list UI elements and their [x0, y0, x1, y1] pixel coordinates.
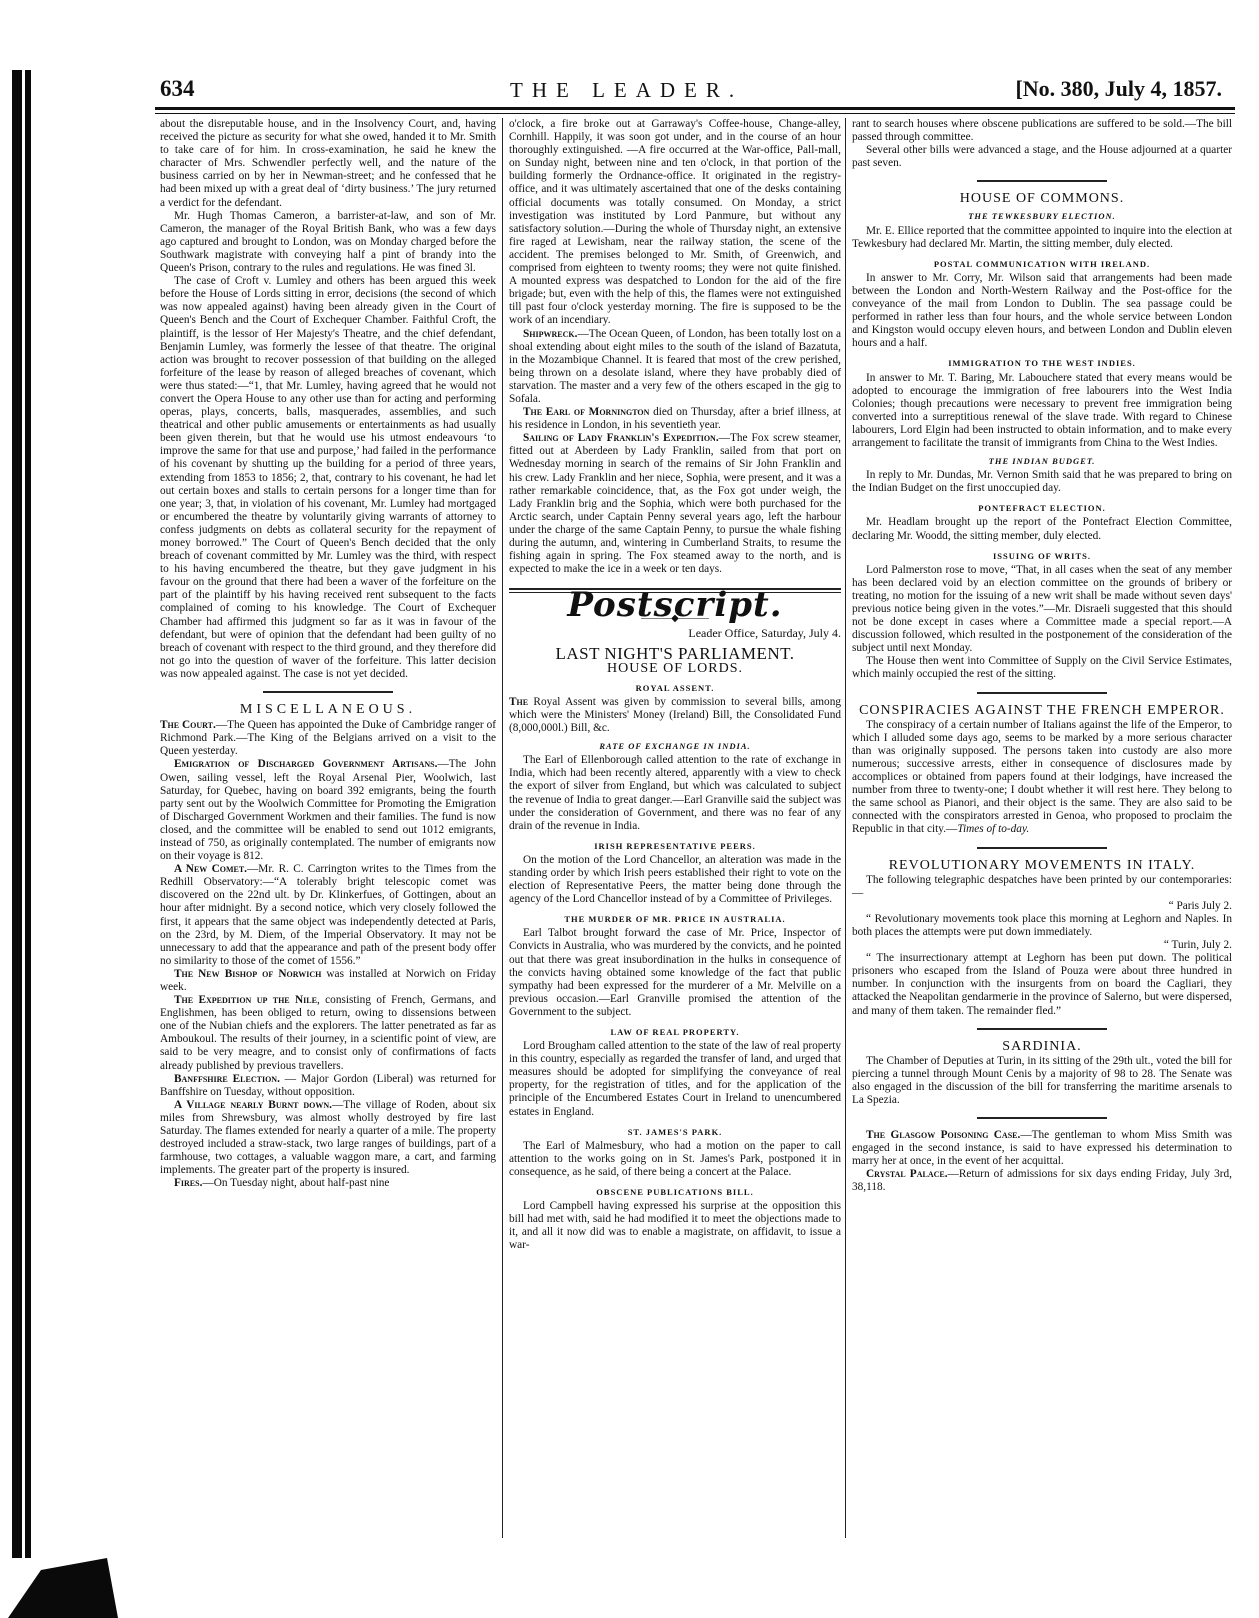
section-heading-italy: REVOLUTIONARY MOVEMENTS IN ITALY. — [852, 859, 1232, 872]
article-paragraph: Mr. Headlam brought up the report of the… — [852, 516, 1232, 542]
article-paragraph: In answer to Mr. Corry, Mr. Wilson said … — [852, 272, 1232, 351]
item-lead: The Expedition up the Nile — [174, 994, 317, 1006]
spine-band — [12, 70, 22, 1558]
column-divider — [502, 118, 503, 1538]
subheading: IRISH REPRESENTATIVE PEERS. — [509, 840, 841, 853]
commons-heading: HOUSE OF COMMONS. — [852, 192, 1232, 205]
subheading: ISSUING OF WRITS. — [852, 550, 1232, 563]
news-item: Sailing of Lady Franklin's Expedition.—T… — [509, 432, 841, 576]
article-paragraph: On the motion of the Lord Chancellor, an… — [509, 854, 841, 906]
item-lead: The Earl of Mornington — [523, 406, 649, 418]
item-lead: Shipwreck. — [523, 328, 577, 340]
news-item: Crystal Palace.—Return of admissions for… — [852, 1168, 1232, 1194]
spine-shadow — [8, 1558, 118, 1618]
article-paragraph: Lord Brougham called attention to the st… — [509, 1040, 841, 1119]
book-binding-spine — [8, 70, 38, 1618]
article-paragraph: The case of Croft v. Lumley and others h… — [160, 275, 496, 681]
item-lead: A New Comet. — [174, 863, 247, 875]
item-lead: Fires. — [174, 1177, 202, 1189]
news-item: The Earl of Mornington died on Thursday,… — [509, 406, 841, 432]
item-lead: The Court. — [160, 719, 216, 731]
despatch-dateline: “ Turin, July 2. — [852, 939, 1232, 952]
article-paragraph: In answer to Mr. T. Baring, Mr. Labouche… — [852, 372, 1232, 451]
section-heading-conspiracies: CONSPIRACIES AGAINST THE FRENCH EMPEROR. — [852, 704, 1232, 717]
article-paragraph: “ The insurrectionary attempt at Leghorn… — [852, 952, 1232, 1017]
issue-date: [No. 380, July 4, 1857. — [1015, 76, 1222, 102]
section-rule — [977, 847, 1107, 849]
section-rule — [977, 692, 1107, 694]
news-item: The Court.—The Queen has appointed the D… — [160, 719, 496, 758]
subheading: POSTAL COMMUNICATION WITH IRELAND. — [852, 258, 1232, 271]
news-item: The Glasgow Poisoning Case.—The gentlema… — [852, 1129, 1232, 1168]
dateline: Leader Office, Saturday, July 4. — [509, 627, 841, 640]
article-paragraph: The conspiracy of a certain number of It… — [852, 719, 1232, 837]
despatch-dateline: “ Paris July 2. — [852, 900, 1232, 913]
ornament-divider-icon: ———◆——— — [509, 612, 841, 625]
article-paragraph: o'clock, a fire broke out at Garraway's … — [509, 118, 841, 328]
article-paragraph: Lord Palmerston rose to move, “That, in … — [852, 564, 1232, 656]
article-paragraph: The following telegraphic despatches hav… — [852, 874, 1232, 900]
column-1: about the disreputable house, and in the… — [160, 118, 496, 1191]
article-paragraph: Earl Talbot brought forward the case of … — [509, 927, 841, 1019]
item-lead: Crystal Palace. — [866, 1168, 948, 1180]
column-2: o'clock, a fire broke out at Garraway's … — [509, 118, 841, 1253]
section-rule — [977, 1117, 1107, 1119]
subheading: IMMIGRATION TO THE WEST INDIES. — [852, 357, 1232, 370]
news-item: The Expedition up the Nile, consisting o… — [160, 994, 496, 1073]
subheading: ST. JAMES'S PARK. — [509, 1126, 841, 1139]
item-lead: The Glasgow Poisoning Case. — [866, 1129, 1020, 1141]
column-3: rant to search houses where obscene publ… — [852, 118, 1232, 1195]
subheading: OBSCENE PUBLICATIONS BILL. — [509, 1186, 841, 1199]
news-item: Emigration of Discharged Government Arti… — [160, 758, 496, 863]
section-heading-sardinia: SARDINIA. — [852, 1040, 1232, 1053]
news-item: A New Comet.—Mr. R. C. Carrington writes… — [160, 863, 496, 968]
subheading: THE TEWKESBURY ELECTION. — [852, 210, 1232, 223]
article-paragraph: Mr. Hugh Thomas Cameron, a barrister-at-… — [160, 210, 496, 275]
subheading: ROYAL ASSENT. — [509, 682, 841, 695]
item-lead: Emigration of Discharged Government Arti… — [174, 758, 437, 770]
section-heading-miscellaneous: MISCELLANEOUS. — [160, 703, 496, 716]
lords-heading: HOUSE OF LORDS. — [509, 662, 841, 675]
subheading: LAW OF REAL PROPERTY. — [509, 1026, 841, 1039]
news-item: The New Bishop of Norwich was installed … — [160, 968, 496, 994]
masthead-rule — [155, 107, 1235, 114]
news-item: Fires.—On Tuesday night, about half-past… — [160, 1177, 496, 1190]
article-paragraph: In reply to Mr. Dundas, Mr. Vernon Smith… — [852, 469, 1232, 495]
subheading: THE MURDER OF MR. PRICE IN AUSTRALIA. — [509, 913, 841, 926]
subheading: THE INDIAN BUDGET. — [852, 455, 1232, 468]
article-paragraph: Mr. E. Ellice reported that the committe… — [852, 225, 1232, 251]
parliament-heading: LAST NIGHT'S PARLIAMENT. — [509, 647, 841, 660]
article-paragraph: Lord Campbell having expressed his surpr… — [509, 1200, 841, 1252]
article-paragraph: “ Revolutionary movements took place thi… — [852, 913, 1232, 939]
spine-band — [25, 70, 31, 1558]
newspaper-title: THE LEADER. — [510, 78, 743, 103]
article-paragraph: The Royal Assent was given by commission… — [509, 696, 841, 735]
section-rule — [263, 691, 393, 693]
article-paragraph: Several other bills were advanced a stag… — [852, 144, 1232, 170]
source-attribution: Times of to-day. — [957, 823, 1029, 835]
news-item: Shipwreck.—The Ocean Queen, of London, h… — [509, 328, 841, 407]
news-item: A Village nearly Burnt down.—The village… — [160, 1099, 496, 1178]
column-divider — [845, 118, 846, 1538]
item-lead: A Village nearly Burnt down. — [174, 1099, 332, 1111]
item-lead: Sailing of Lady Franklin's Expedition. — [523, 432, 719, 444]
article-paragraph: rant to search houses where obscene publ… — [852, 118, 1232, 144]
article-paragraph: The Earl of Ellenborough called attentio… — [509, 754, 841, 833]
article-paragraph: about the disreputable house, and in the… — [160, 118, 496, 210]
article-paragraph: The Chamber of Deputies at Turin, in its… — [852, 1055, 1232, 1107]
article-paragraph: The Earl of Malmesbury, who had a motion… — [509, 1140, 841, 1179]
page-number: 634 — [160, 76, 195, 102]
item-lead: The New Bishop of Norwich — [174, 968, 321, 980]
article-paragraph: The House then went into Committee of Su… — [852, 655, 1232, 681]
section-rule — [977, 1028, 1107, 1030]
news-item: Banffshire Election. — Major Gordon (Lib… — [160, 1073, 496, 1099]
subheading: RATE OF EXCHANGE IN INDIA. — [509, 740, 841, 753]
masthead: 634 THE LEADER. [No. 380, July 4, 1857. — [160, 76, 1230, 106]
item-lead: Banffshire Election. — [174, 1073, 280, 1085]
postscript-heading: Postscript. — [509, 599, 841, 612]
section-rule — [977, 180, 1107, 182]
subheading: PONTEFRACT ELECTION. — [852, 502, 1232, 515]
